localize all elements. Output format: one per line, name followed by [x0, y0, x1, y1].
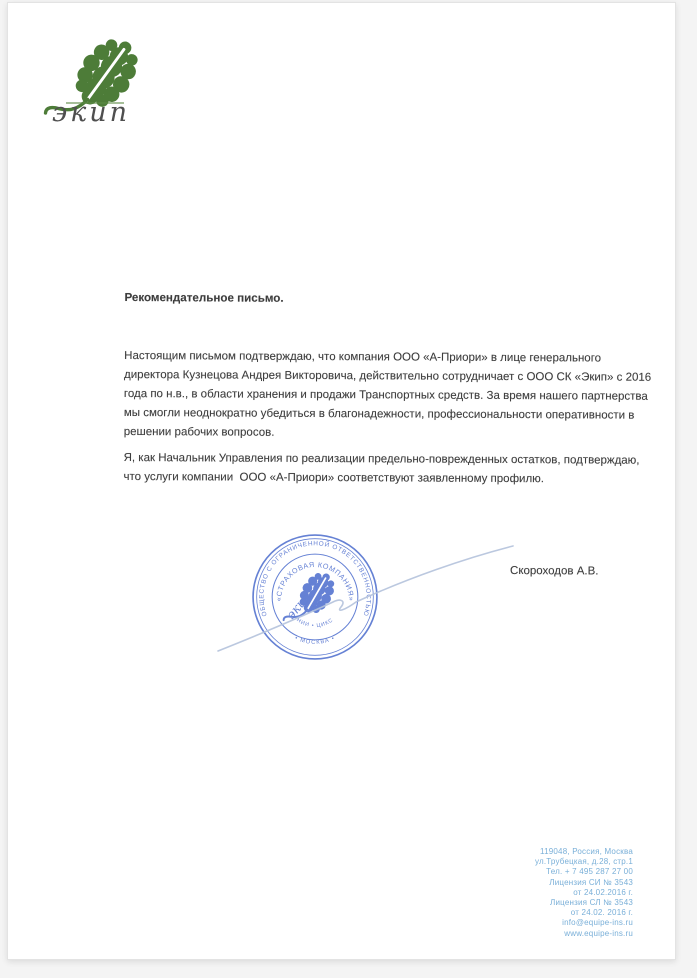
footer-line: www.equipe-ins.ru	[535, 929, 633, 939]
footer-line: ул.Трубецкая, д.28, стр.1	[535, 857, 633, 867]
letter-heading: Рекомендательное письмо.	[124, 291, 283, 305]
footer-line: от 24.02. 2016 г.	[535, 908, 633, 918]
footer-contact-block: 119048, Россия, Москваул.Трубецкая, д.28…	[535, 847, 633, 939]
footer-line: Лицензия СЛ № 3543	[535, 898, 633, 908]
paragraph-line: решении рабочих вопросов.	[124, 423, 651, 445]
footer-line: от 24.02.2016 г.	[535, 888, 633, 898]
footer-line: Лицензия СИ № 3543	[535, 878, 633, 888]
letter-paper: экип Рекомендательное письмо. Настоящим …	[7, 2, 676, 960]
company-stamp: ОБЩЕСТВО С ОГРАНИЧЕННОЙ ОТВЕТСТВЕННОСТЬЮ…	[251, 533, 379, 661]
paragraph-line: что услуги компании ООО «А-Приори» соотв…	[123, 468, 639, 490]
letter-paragraph-1: Настоящим письмом подтверждаю, что компа…	[124, 347, 652, 445]
footer-line: 119048, Россия, Москва	[535, 847, 633, 857]
logo-wordmark: экип	[52, 97, 130, 128]
signature-name: Скороходов А.В.	[510, 565, 598, 577]
letter-paragraph-2: Я, как Начальник Управления по реализаци…	[123, 449, 639, 490]
footer-line: info@equipe-ins.ru	[535, 918, 633, 928]
footer-line: Тел. + 7 495 287 27 00	[535, 867, 633, 877]
company-logo: экип	[46, 25, 166, 135]
letter-body: Рекомендательное письмо. Настоящим письм…	[126, 3, 666, 6]
